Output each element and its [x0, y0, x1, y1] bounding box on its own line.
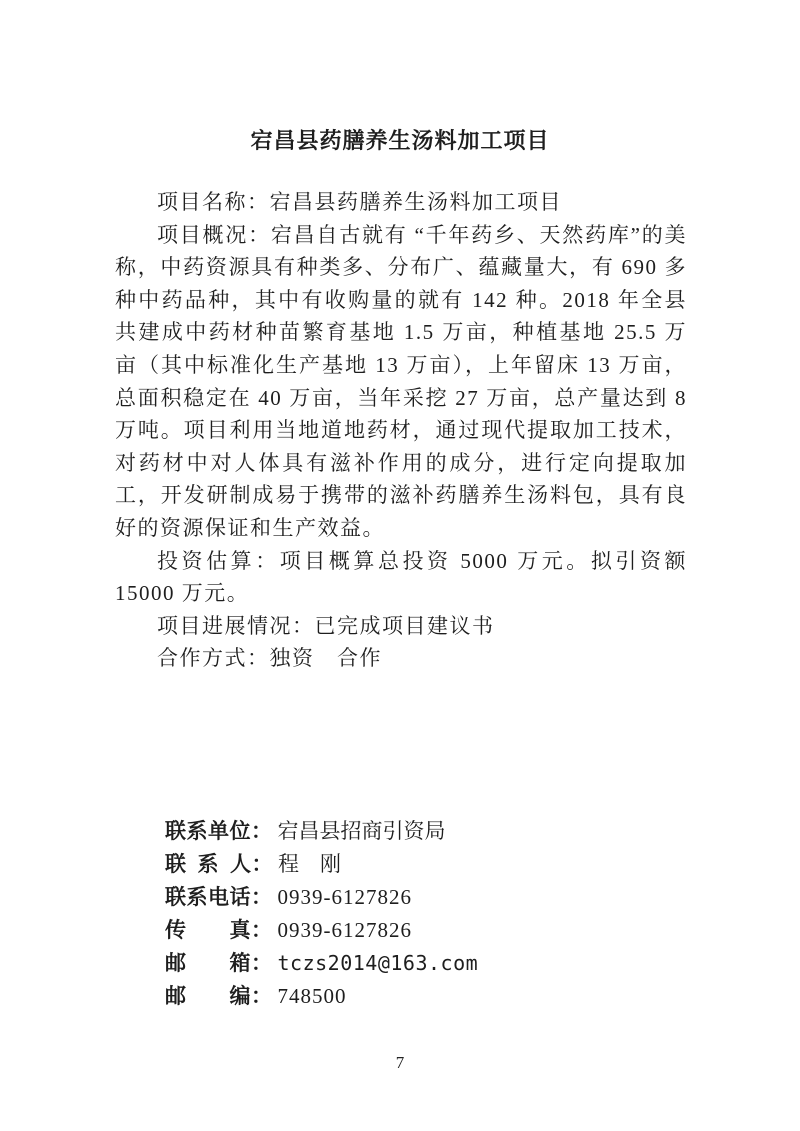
contact-unit-label: 联系单位： — [165, 815, 273, 848]
paragraph-project-overview: 项目概况：宕昌自古就有 “千年药乡、天然药库”的美称，中药资源具有种类多、分布广… — [115, 219, 687, 545]
contact-fax-label: 传 真： — [165, 914, 273, 947]
contact-email-label: 邮 箱： — [165, 947, 273, 980]
paragraph-project-name: 项目名称：宕昌县药膳养生汤料加工项目 — [115, 186, 687, 219]
contact-row-person: 联 系 人： 程 刚 — [165, 848, 800, 881]
paragraph-cooperation-mode: 合作方式：独资 合作 — [115, 642, 687, 675]
contact-row-email: 邮 箱： tczs2014@163.com — [165, 947, 800, 980]
paragraph-project-progress: 项目进展情况：已完成项目建议书 — [115, 610, 687, 643]
contact-unit-value: 宕昌县招商引资局 — [278, 815, 446, 848]
contact-row-fax: 传 真： 0939-6127826 — [165, 914, 800, 947]
contact-row-postcode: 邮 编： 748500 — [165, 980, 800, 1013]
contact-phone-label: 联系电话： — [165, 881, 273, 914]
page-number: 7 — [0, 1053, 800, 1073]
contact-person-value: 程 刚 — [278, 848, 341, 881]
document-title: 宕昌县药膳养生汤料加工项目 — [0, 0, 800, 158]
contact-person-label: 联 系 人： — [165, 848, 273, 881]
contact-phone-value: 0939-6127826 — [278, 881, 413, 914]
document-body: 项目名称：宕昌县药膳养生汤料加工项目 项目概况：宕昌自古就有 “千年药乡、天然药… — [115, 186, 687, 675]
contact-row-phone: 联系电话： 0939-6127826 — [165, 881, 800, 914]
contact-block: 联系单位： 宕昌县招商引资局 联 系 人： 程 刚 联系电话： 0939-612… — [165, 815, 800, 1013]
contact-postcode-label: 邮 编： — [165, 980, 273, 1013]
contact-fax-value: 0939-6127826 — [278, 914, 413, 947]
document-page: 宕昌县药膳养生汤料加工项目 项目名称：宕昌县药膳养生汤料加工项目 项目概况：宕昌… — [0, 0, 800, 1131]
contact-postcode-value: 748500 — [278, 980, 347, 1013]
contact-email-value: tczs2014@163.com — [278, 947, 479, 980]
contact-row-unit: 联系单位： 宕昌县招商引资局 — [165, 815, 800, 848]
paragraph-investment-estimate: 投资估算：项目概算总投资 5000 万元。拟引资额 15000 万元。 — [115, 545, 687, 610]
